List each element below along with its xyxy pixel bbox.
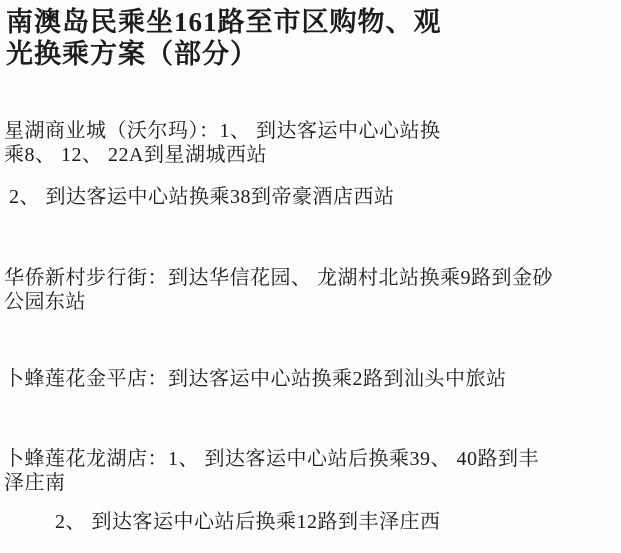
text-line: 卜蜂莲花金平店：到达客运中心站换乘2路到汕头中旅站	[4, 367, 507, 391]
section-lotus-longhu-store-plan-2: 2、 到达客运中心站后换乘12路到丰泽庄西	[55, 510, 441, 534]
section-xinghu-mall-plan-2: 2、 到达客运中心站换乘38到帝豪酒店西站	[9, 185, 395, 209]
text-line: 2、 到达客运中心站换乘38到帝豪酒店西站	[9, 185, 395, 209]
section-huaqiao-village-street-plan: 华侨新村步行街：到达华信花园、 龙湖村北站换乘9路到金砂 公园东站	[4, 266, 553, 314]
text-line: 泽庄南	[4, 471, 539, 495]
text-line: 乘8、 12、 22A到星湖城西站	[4, 143, 441, 167]
title-line-1: 南澳岛民乘坐161路至市区购物、观	[6, 6, 442, 38]
text-line: 卜蜂莲花龙湖店：1、 到达客运中心站后换乘39、 40路到丰	[4, 447, 539, 471]
document-title: 南澳岛民乘坐161路至市区购物、观 光换乘方案（部分）	[6, 6, 442, 70]
document: 南澳岛民乘坐161路至市区购物、观 光换乘方案（部分） 星湖商业城（沃尔玛）：1…	[0, 0, 621, 553]
section-lotus-longhu-store-plan-1: 卜蜂莲花龙湖店：1、 到达客运中心站后换乘39、 40路到丰 泽庄南	[4, 447, 539, 495]
text-line: 公园东站	[4, 290, 553, 314]
section-lotus-jinping-store-plan: 卜蜂莲花金平店：到达客运中心站换乘2路到汕头中旅站	[4, 367, 507, 391]
text-line: 华侨新村步行街：到达华信花园、 龙湖村北站换乘9路到金砂	[4, 266, 553, 290]
text-line: 2、 到达客运中心站后换乘12路到丰泽庄西	[55, 510, 441, 534]
section-xinghu-mall-plan-1: 星湖商业城（沃尔玛）：1、 到达客运中心心站换 乘8、 12、 22A到星湖城西…	[4, 119, 441, 167]
title-line-2: 光换乘方案（部分）	[6, 38, 442, 70]
text-line: 星湖商业城（沃尔玛）：1、 到达客运中心心站换	[4, 119, 441, 143]
